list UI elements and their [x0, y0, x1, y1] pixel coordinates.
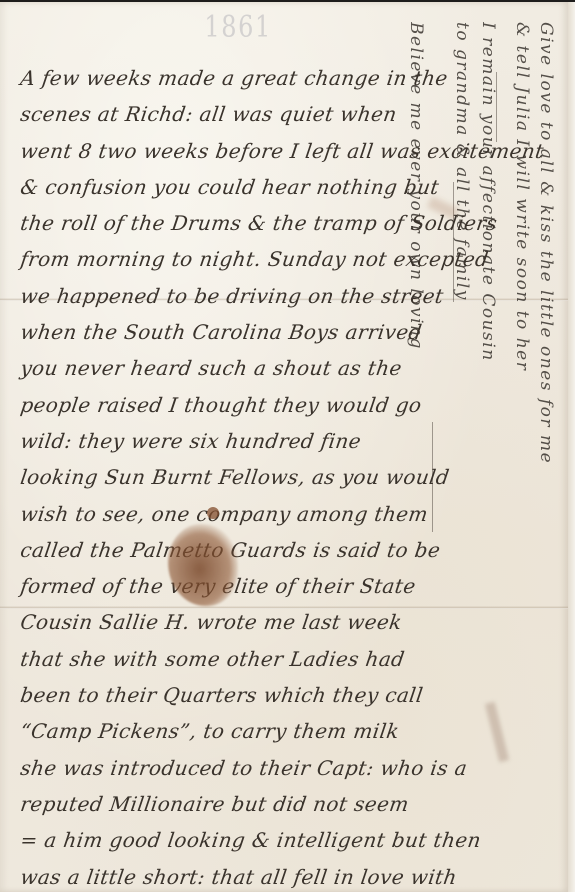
letter-body: A few weeks made a great change in the s…	[18, 60, 558, 892]
letter-line: scenes at Richd: all was quiet when	[18, 96, 563, 132]
page-edge	[568, 2, 575, 892]
letter-line: went 8 two weeks before I left all was e…	[18, 133, 563, 169]
letter-line: that she with some other Ladies had	[18, 641, 563, 677]
ink-stain	[168, 524, 238, 606]
letter-line: looking Sun Burnt Fellows, as you would	[18, 459, 563, 495]
letter-line: formed of the very elite of their State	[18, 568, 563, 604]
letter-line: reputed Millionaire but did not seem	[18, 786, 563, 822]
letter-line: Cousin Sallie H. wrote me last week	[18, 604, 563, 640]
letter-line: when the South Carolina Boys arrived	[18, 314, 563, 350]
letter-page: 1861 Believe me ever your own loving to …	[0, 2, 568, 892]
letter-line: A few weeks made a great change in the	[18, 60, 563, 96]
letter-line: the roll of the Drums & the tramp of Sol…	[18, 205, 563, 241]
letter-line: we happened to be driving on the street	[18, 278, 563, 314]
letter-line: been to their Quarters which they call	[18, 677, 563, 713]
ink-stain-drop	[207, 507, 219, 519]
letter-line: people raised I thought they would go	[18, 387, 563, 423]
letter-line: called the Palmetto Guards is said to be	[18, 532, 563, 568]
letter-line: & confusion you could hear nothing but	[18, 169, 563, 205]
letter-line: she was introduced to their Capt: who is…	[18, 750, 563, 786]
letter-line: “Camp Pickens”, to carry them milk	[18, 713, 563, 749]
letter-line: you never heard such a shout as the	[18, 350, 563, 386]
year-stamp: 1861	[204, 10, 271, 45]
letter-line: wild: they were six hundred fine	[18, 423, 563, 459]
letter-line: from morning to night. Sunday not except…	[18, 241, 563, 277]
letter-line: = a him good looking & intelligent but t…	[18, 822, 563, 858]
letter-line: was a little short: that all fell in lov…	[18, 859, 563, 892]
letter-line: wish to see, one company among them	[18, 496, 563, 532]
